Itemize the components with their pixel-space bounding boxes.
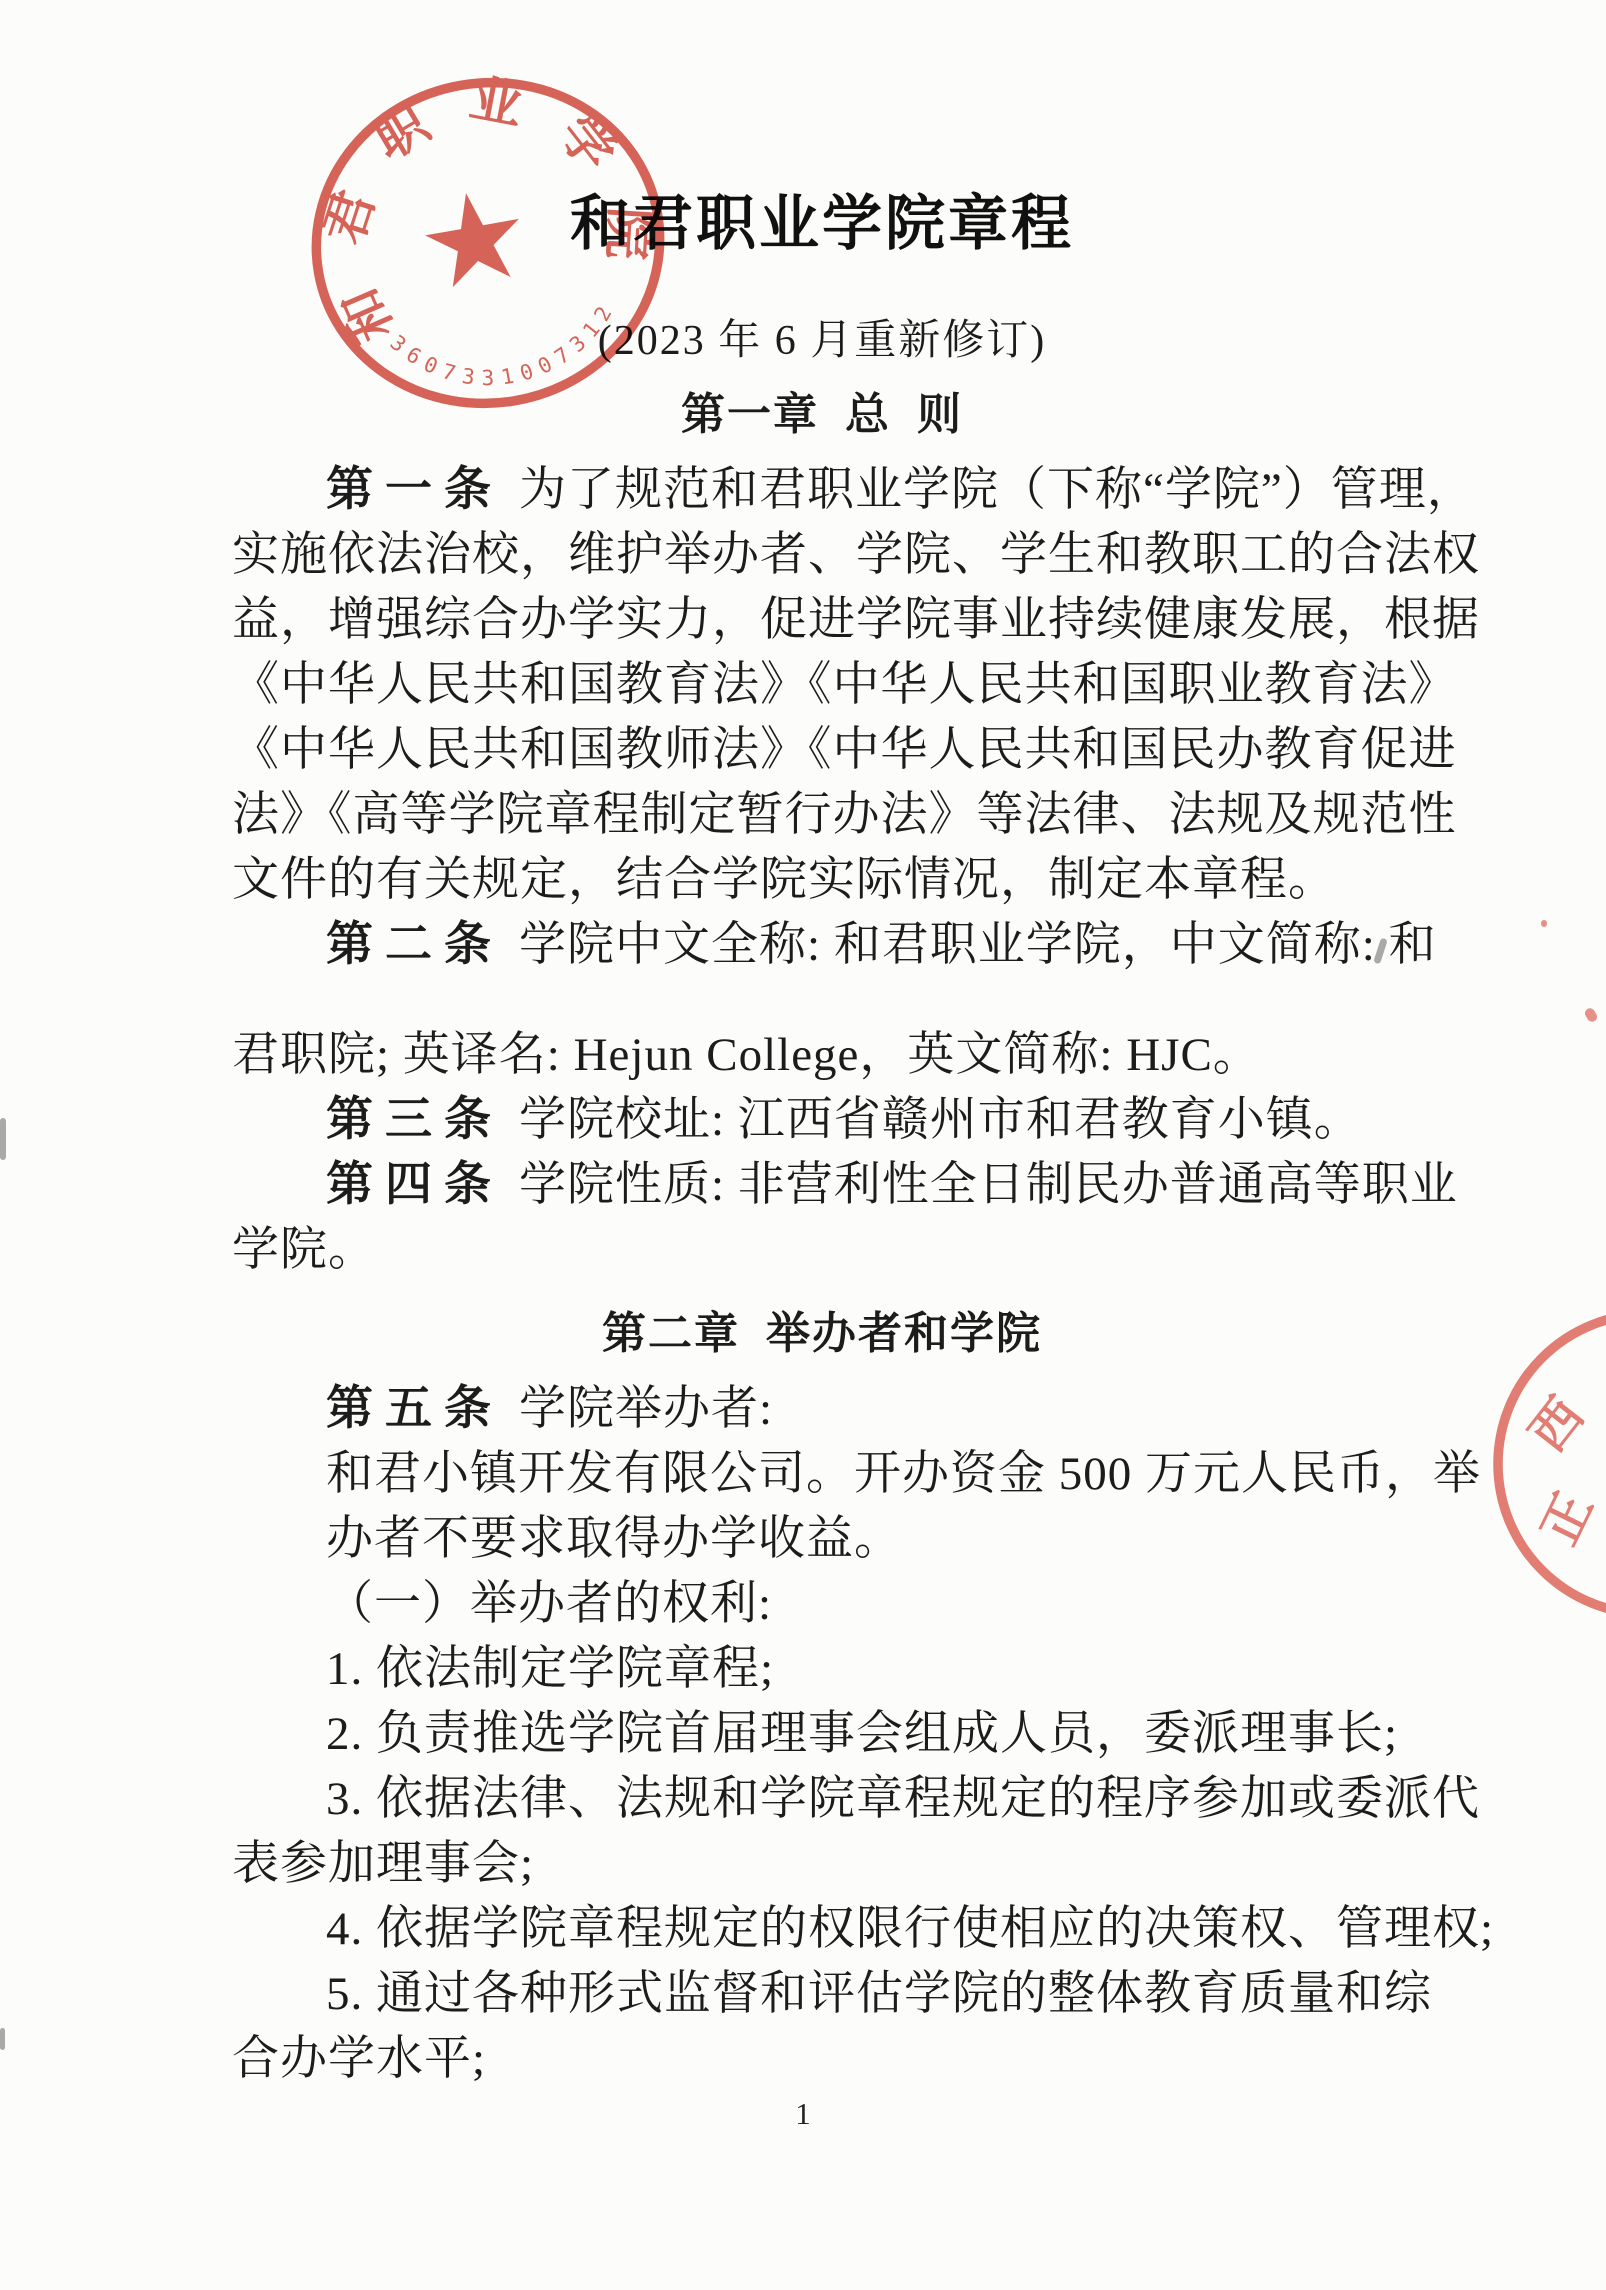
document-line: 法》《高等学院章程制定暂行办法》等法律、法规及规范性 xyxy=(232,783,1412,848)
article-number-label: 第三条 xyxy=(326,1094,503,1146)
document-line: 2. 负责推选学院首届理事会组成人员，委派理事长; xyxy=(232,1702,1412,1767)
document-line: 1. 依法制定学院章程; xyxy=(232,1637,1412,1702)
chapter-heading: 第二章 举办者和学院 xyxy=(232,1309,1412,1359)
scan-artifact xyxy=(0,1118,6,1160)
document-line: 益，增强综合办学实力，促进学院事业持续健康发展，根据 xyxy=(232,588,1412,653)
document-line: 表参加理事会; xyxy=(232,1832,1412,1897)
document-line: 《中华人民共和国教育法》《中华人民共和国职业教育法》 xyxy=(232,653,1412,718)
document-line: （一）举办者的权利: xyxy=(232,1572,1412,1637)
scan-artifact xyxy=(0,2028,5,2050)
article-number-label: 第二条 xyxy=(326,919,503,971)
side-seal-border xyxy=(1498,1314,1606,1614)
page-number: 1 xyxy=(0,2096,1606,2132)
document-line: 文件的有关规定，结合学院实际情况，制定本章程。 xyxy=(232,848,1412,913)
star-icon xyxy=(419,185,528,291)
official-seal-stamp: 和君职业学院 3607331007312 xyxy=(300,65,680,425)
article-number-label: 第一条 xyxy=(326,464,503,516)
document-flow: 第一章 总 则第一条为了规范和君职业学院（下称“学院”）管理，实施依法治校，维护… xyxy=(232,390,1412,2092)
document-line: 实施依法治校，维护举办者、学院、学生和教职工的合法权 xyxy=(232,523,1412,588)
document-line: 学院。 xyxy=(232,1218,1412,1283)
document-line: 第三条学院校址: 江西省赣州市和君教育小镇。 xyxy=(232,1088,1412,1153)
document-line: 第一条为了规范和君职业学院（下称“学院”）管理， xyxy=(232,458,1412,523)
document-line: 第四条学院性质: 非营利性全日制民办普通高等职业 xyxy=(232,1153,1412,1218)
document-line: 5. 通过各种形式监督和评估学院的整体教育质量和综 xyxy=(232,1962,1412,2027)
document-line: 4. 依据学院章程规定的权限行使相应的决策权、管理权; xyxy=(232,1897,1412,1962)
document-line: 《中华人民共和国教师法》《中华人民共和国民办教育促进 xyxy=(232,718,1412,783)
scan-artifact xyxy=(1583,1006,1599,1023)
side-seal-char: 西 xyxy=(1519,1388,1594,1462)
document-line: 第五条学院举办者: xyxy=(232,1377,1412,1442)
scan-artifact xyxy=(1541,920,1547,927)
document-line: 第二条学院中文全称: 和君职业学院，中文简称: 和 xyxy=(232,913,1412,978)
article-number-label: 第五条 xyxy=(326,1383,503,1435)
document-line: 3. 依据法律、法规和学院章程规定的程序参加或委派代 xyxy=(232,1767,1412,1832)
document-page: 和君职业学院章程 (2023 年 6 月重新修订) 第一章 总 则第一条为了规范… xyxy=(0,0,1606,2290)
article-number-label: 第四条 xyxy=(326,1159,503,1211)
side-seal-char: 正 xyxy=(1531,1484,1603,1553)
partial-side-stamp: 西 正 xyxy=(1490,1302,1606,1632)
document-line: 办者不要求取得办学收益。 xyxy=(232,1507,1412,1572)
document-line: 君职院; 英译名: Hejun College，英文简称: HJC。 xyxy=(232,1023,1412,1088)
document-line: 合办学水平; xyxy=(232,2027,1412,2092)
document-line: 和君小镇开发有限公司。开办资金 500 万元人民币，举 xyxy=(232,1442,1412,1507)
